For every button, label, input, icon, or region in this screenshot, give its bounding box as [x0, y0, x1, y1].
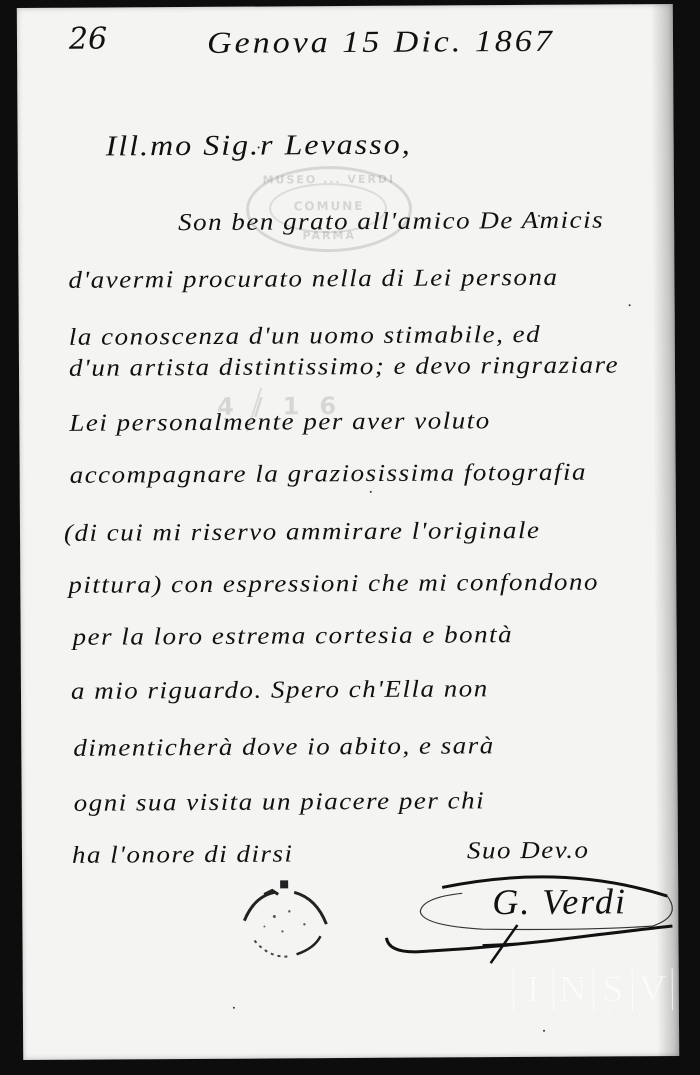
body-line-8: pittura) con espressioni che mi confondo…: [68, 568, 599, 599]
scan-speck: [543, 1030, 545, 1032]
scan-speck: [370, 491, 372, 493]
watermark-letter: N: [553, 969, 593, 1011]
body-line-13: ha l'onore di dirsi: [72, 840, 294, 869]
body-line-10: a mio riguardo. Spero ch'Ella non: [71, 675, 489, 705]
watermark-letter: V: [633, 968, 673, 1010]
body-line-9: per la loro estrema cortesia e bontà: [73, 621, 514, 652]
watermark-letters: I N S V: [513, 968, 673, 1011]
watermark-letter: I: [514, 969, 554, 1011]
signature: G. Verdi: [382, 866, 683, 968]
scan-speck: [233, 1007, 235, 1009]
body-line-6: accompagnare la graziosissima fotografia: [70, 458, 587, 489]
dry-seal-emblem: [234, 876, 335, 967]
body-line-7: (di cui mi riservo ammirare l'originale: [64, 516, 541, 547]
body-line-11: dimenticherà dove io abito, e sarà: [73, 732, 495, 762]
archive-stamp-top-text: MUSEO ... VERDI: [249, 173, 409, 187]
body-line-2: d'avermi procurato nella di Lei persona: [68, 263, 558, 294]
body-line-4: d'un artista distintissimo; e devo ringr…: [69, 351, 619, 382]
folio-number: 26: [69, 21, 107, 56]
body-line-1: Son ben grato all'amico De Amicis: [178, 206, 604, 237]
insv-watermark: I N S V Istituto Nazionale di Studi Verd…: [513, 968, 673, 1020]
scan-speck: [629, 304, 631, 306]
scan-speck: [258, 147, 260, 149]
body-line-3: la conoscenza d'un uomo stimabile, ed: [69, 320, 541, 351]
closing: Suo Dev.o: [467, 836, 590, 865]
date-line: Genova 15 Dic. 1867: [207, 25, 555, 61]
seal-icon: [234, 876, 335, 967]
salutation: Ill.mo Sig.r Levasso,: [106, 127, 412, 162]
watermark-letter: S: [593, 968, 633, 1010]
watermark-subtitle: Istituto Nazionale di Studi Verdiani: [513, 1012, 673, 1020]
letter-page: 26 Genova 15 Dic. 1867 Ill.mo Sig.r Leva…: [17, 4, 679, 1060]
scan-speck: [538, 215, 540, 217]
body-line-12: ogni sua visita un piacere per chi: [74, 787, 486, 817]
body-line-5: Lei personalmente per aver voluto: [69, 407, 491, 437]
signature-text: G. Verdi: [492, 880, 627, 923]
